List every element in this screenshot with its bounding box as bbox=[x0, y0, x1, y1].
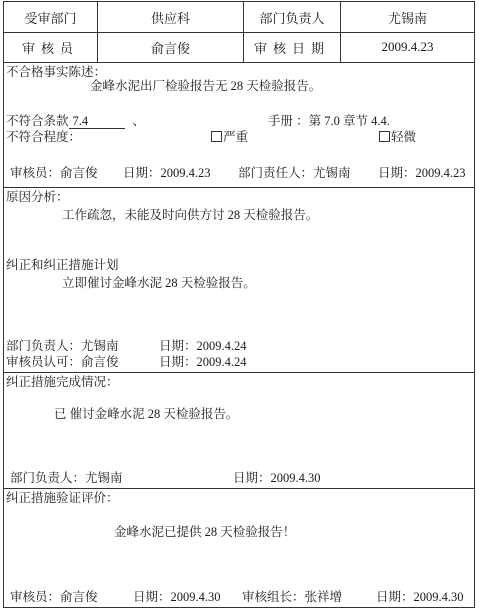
verification-signoff-auditor: 审核员：俞言俊 bbox=[10, 589, 98, 605]
cause-text: 工作疏忽，未能及时向供方讨 28 天检验报告。 bbox=[62, 207, 318, 223]
verification-signoff-auditor-date: 日期：2009.4.30 bbox=[133, 589, 221, 605]
nonconformity-description: 金峰水泥出厂检验报告无 28 天检验报告。 bbox=[90, 78, 321, 94]
clause-label: 不符合条款 bbox=[6, 114, 69, 128]
signoff-auditor-date: 日期：2009.4.23 bbox=[123, 165, 211, 181]
signoff-auditor: 审核员：俞言俊 bbox=[10, 165, 98, 181]
section-verification: 纠正措施验证评价： 金峰水泥已提供 28 天检验报告！ 审核员：俞言俊 日期：2… bbox=[4, 489, 474, 607]
option-minor[interactable]: 轻微 bbox=[379, 129, 416, 145]
cause-signoff-dept-head: 部门负责人：尤锡南 bbox=[6, 338, 119, 354]
completion-text: 已 催讨金峰水泥 28 天检验报告。 bbox=[54, 406, 238, 422]
dept-value: 供应科 bbox=[98, 2, 244, 32]
checkbox-minor[interactable] bbox=[379, 131, 390, 142]
verification-signoff-lead: 审核组长：张祥增 bbox=[242, 589, 342, 605]
plan-text: 立即催讨金峰水泥 28 天检验报告。 bbox=[62, 275, 256, 291]
option-serious[interactable]: 严重 bbox=[211, 129, 248, 145]
clause-separator: 、 bbox=[133, 114, 146, 128]
completion-signoff-dept-head: 部门负责人：尤锡南 bbox=[10, 470, 123, 486]
plan-title: 纠正和纠正措施计划 bbox=[6, 257, 119, 273]
nonconformity-report-form: 受审部门 供应科 部门负责人 尤锡南 审核员 俞言俊 审核日期 2009.4.2… bbox=[3, 1, 475, 608]
cause-signoff-dept-head-date: 日期：2009.4.24 bbox=[159, 338, 247, 354]
clause-value: 7.4 bbox=[69, 115, 125, 129]
signoff-dept-head-date: 日期：2009.4.23 bbox=[378, 165, 466, 181]
dept-head-label: 部门负责人 bbox=[244, 2, 341, 32]
section-cause-analysis: 原因分析： 工作疏忽，未能及时向供方讨 28 天检验报告。 纠正和纠正措施计划 … bbox=[4, 188, 474, 373]
dept-head-value: 尤锡南 bbox=[341, 2, 474, 32]
completion-title: 纠正措施完成情况： bbox=[6, 374, 119, 390]
checkbox-serious[interactable] bbox=[211, 131, 222, 142]
audit-date-value: 2009.4.23 bbox=[341, 32, 474, 62]
clause-line: 不符合条款7.4、 bbox=[6, 113, 145, 129]
dept-label: 受审部门 bbox=[4, 2, 98, 32]
auditor-value: 俞言俊 bbox=[98, 32, 244, 62]
option-serious-label: 严重 bbox=[223, 130, 248, 144]
section-completion: 纠正措施完成情况： 已 催讨金峰水泥 28 天检验报告。 部门负责人：尤锡南 日… bbox=[4, 373, 474, 489]
cause-title: 原因分析： bbox=[6, 189, 69, 205]
signoff-dept-head: 部门责任人：尤锡南 bbox=[238, 165, 351, 181]
audit-date-label: 审核日期 bbox=[244, 32, 341, 62]
cause-signoff-auditor-date: 日期：2009.4.24 bbox=[159, 354, 247, 370]
option-minor-label: 轻微 bbox=[391, 130, 416, 144]
manual-reference: 手册 ：第 7.0 章节 4.4. bbox=[268, 113, 390, 129]
cause-signoff-auditor: 审核员认可：俞言俊 bbox=[6, 354, 119, 370]
degree-label: 不符合程度： bbox=[6, 129, 81, 145]
verification-text: 金峰水泥已提供 28 天检验报告！ bbox=[114, 524, 295, 540]
header-row-department: 受审部门 供应科 部门负责人 尤锡南 bbox=[4, 2, 474, 33]
verification-title: 纠正措施验证评价： bbox=[6, 490, 119, 506]
section-nonconformity: 不合格事实陈述： 金峰水泥出厂检验报告无 28 天检验报告。 不符合条款7.4、… bbox=[4, 63, 474, 188]
completion-signoff-date: 日期：2009.4.30 bbox=[233, 470, 321, 486]
verification-signoff-lead-date: 日期：2009.4.30 bbox=[376, 589, 464, 605]
header-row-auditor: 审核员 俞言俊 审核日期 2009.4.23 bbox=[4, 32, 474, 63]
auditor-label: 审核员 bbox=[4, 32, 98, 62]
